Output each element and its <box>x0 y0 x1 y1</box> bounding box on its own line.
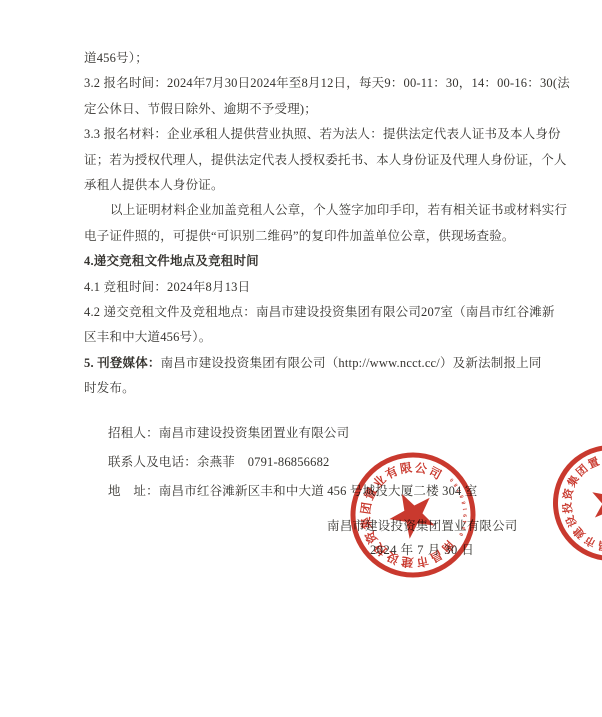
svg-text:司: 司 <box>427 464 444 482</box>
document-body: 道456号）； 3.2 报名时间：2024年7月30日2024年至8月12日，每… <box>84 46 554 401</box>
svg-text:8: 8 <box>459 494 466 499</box>
doc-section-heading: 4.递交竞租文件地点及竞租时间 <box>84 249 554 274</box>
doc-line: 3.3 报名材料：企业承租人提供营业执照、若为法人：提供法定代表人证书及本人身份 <box>84 122 554 147</box>
svg-text:集: 集 <box>358 516 375 530</box>
svg-text:投: 投 <box>560 502 575 515</box>
doc-line: 承租人提供本人身份证。 <box>84 173 554 198</box>
svg-text:4: 4 <box>462 520 468 524</box>
svg-text:昌: 昌 <box>428 547 445 565</box>
svg-text:设: 设 <box>562 514 579 530</box>
svg-text:建: 建 <box>400 554 414 570</box>
doc-line: 以上证明材料企业加盖竞租人公章，个人签字加印手印，若有相关证书或材料实行 <box>84 198 554 223</box>
svg-text:8: 8 <box>461 500 468 504</box>
svg-text:1: 1 <box>462 507 468 511</box>
lessor-line: 招租人：南昌市建设投资集团置业有限公司 <box>108 419 478 448</box>
doc-line: 4.2 递交竞租文件及竞租地点：南昌市建设投资集团有限公司207室（南昌市红谷滩… <box>84 300 554 325</box>
svg-text:0: 0 <box>449 476 455 482</box>
svg-text:团: 团 <box>358 501 374 515</box>
svg-text:8: 8 <box>453 482 460 488</box>
svg-text:置: 置 <box>586 454 602 471</box>
doc-line: 4.1 竞租时间：2024年8月13日 <box>84 275 554 300</box>
doc-line: 5. 刊登媒体：南昌市建设投资集团有限公司（http://www.ncct.cc… <box>84 351 554 376</box>
svg-text:0: 0 <box>459 532 466 537</box>
svg-text:公: 公 <box>414 461 428 477</box>
doc-line: 电子证件照的，可提供“可识别二维码”的复印件加盖单位公章，供现场查验。 <box>84 224 554 249</box>
doc-line: 道456号）； <box>84 46 554 71</box>
seal-star <box>385 489 436 542</box>
doc-line: 定公休日、节假日除外、逾期不予受理)； <box>84 97 554 122</box>
doc-line: 区丰和中大道456号）。 <box>84 325 554 350</box>
svg-text:9: 9 <box>463 514 469 517</box>
svg-text:7: 7 <box>456 488 463 493</box>
doc-line: 证；若为授权代理人，提供法定代表人授权委托书、本人身份证及代理人身份证，个人 <box>84 148 554 173</box>
seal-star <box>582 474 602 529</box>
edge-company-seal: 南昌市建设投资集团置业有限公司 <box>545 437 602 569</box>
scanned-document-page: 道456号）； 3.2 报名时间：2024年7月30日2024年至8月12日，每… <box>0 0 602 717</box>
doc-line: 3.2 报名时间：2024年7月30日2024年至8月12日，每天9：00-11… <box>84 71 554 96</box>
company-seal: 南昌市建设投资集团置业有限公司 0849188780 <box>343 445 483 585</box>
doc-line: 时发布。 <box>84 376 554 401</box>
svg-text:限: 限 <box>399 460 413 476</box>
svg-text:市: 市 <box>415 553 430 570</box>
svg-text:8: 8 <box>461 526 468 530</box>
